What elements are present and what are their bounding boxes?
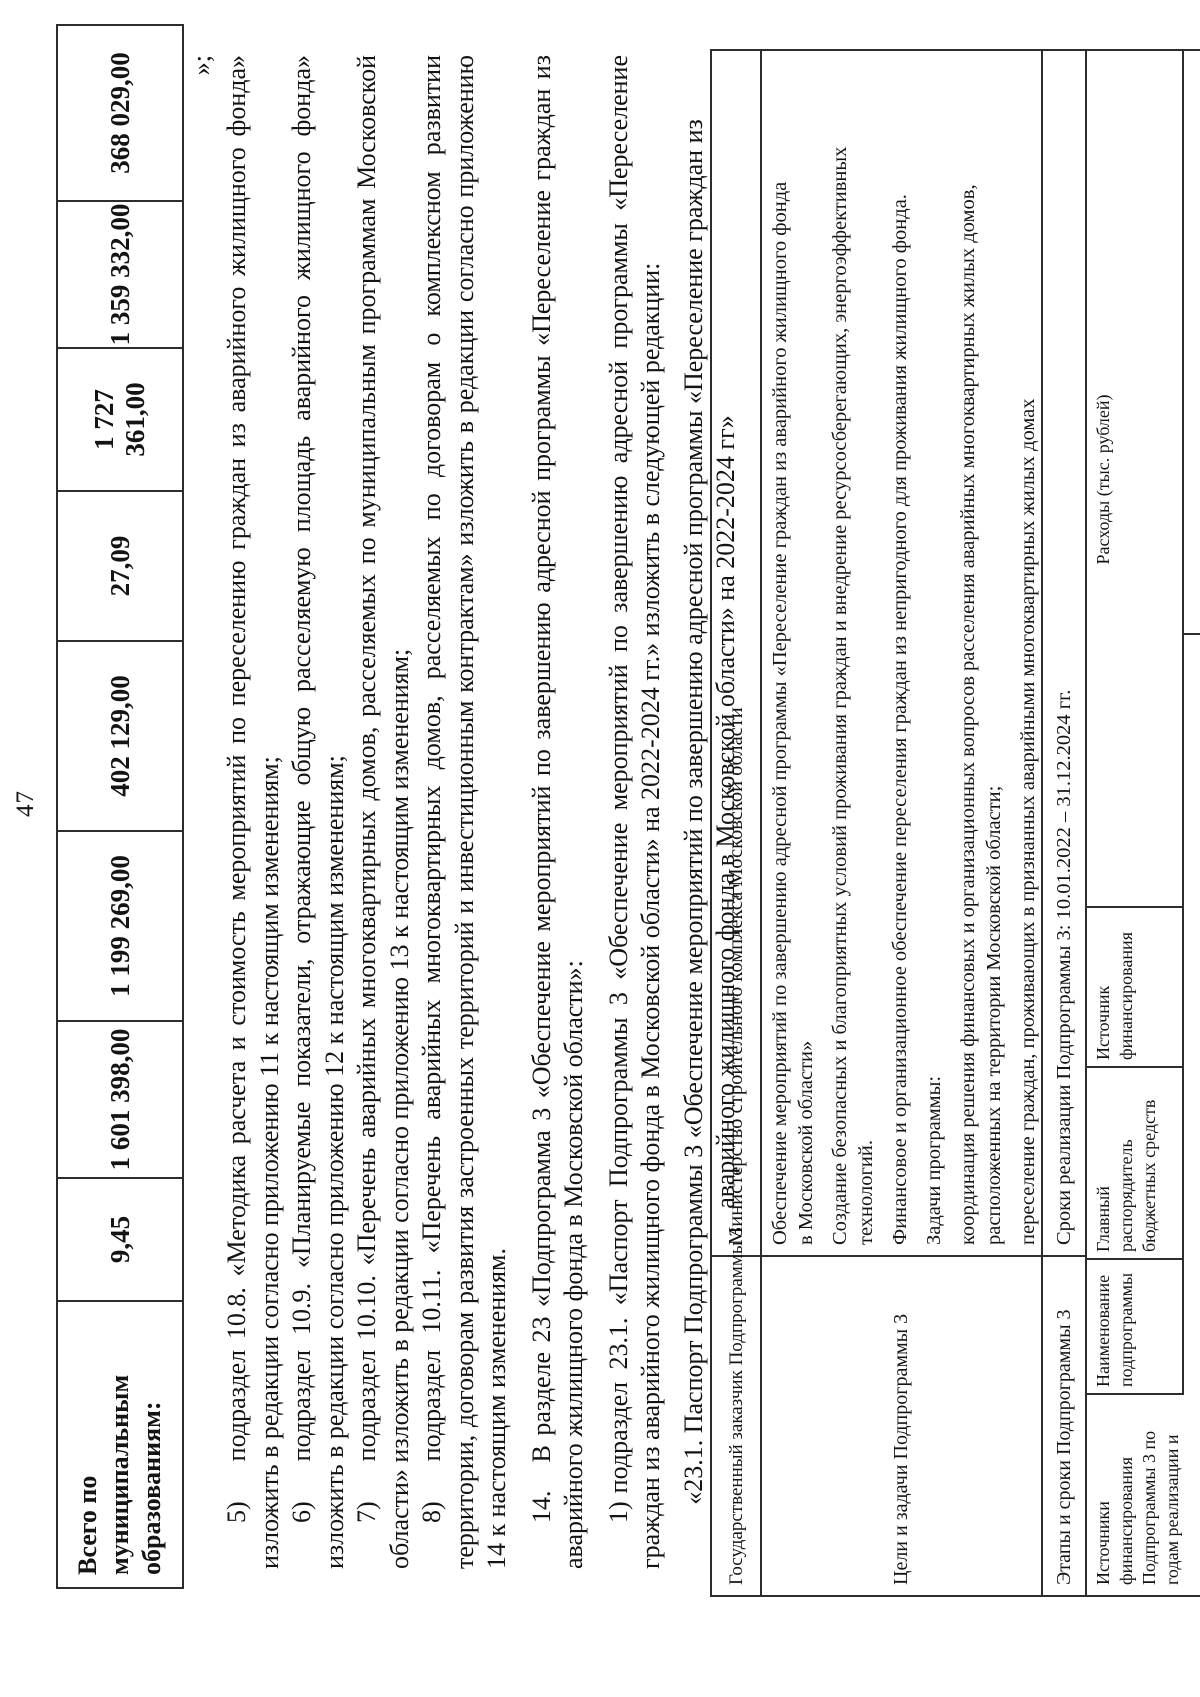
row-label-financing: Источники финансирования Подпрограммы 3 … bbox=[1092, 1395, 1184, 1595]
paragraph-7: 7)подраздел 10.10. «Перечень аварийных м… bbox=[351, 55, 416, 1569]
paragraph-marker: 14. bbox=[527, 1491, 556, 1524]
totals-table-row: Всего по муниципальным образованиям: 9,4… bbox=[56, 24, 184, 1589]
goal-item: Финансовое и организационное обеспечение… bbox=[887, 61, 913, 1245]
paragraph-text: подраздел 10.9. «Планируемые показатели,… bbox=[287, 55, 349, 1569]
header-bottom-border bbox=[1182, 51, 1184, 1395]
row-label-goals: Цели и задачи Подпрограммы 3 bbox=[762, 1255, 1041, 1595]
paragraph-text: подраздел 23.1. «Паспорт Подпрограммы 3 … bbox=[604, 55, 666, 1569]
year-column-divider bbox=[1184, 633, 1200, 635]
table-closing-quote: »; bbox=[187, 55, 217, 1697]
row-value-goals: Обеспечение мероприятий по завершению ад… bbox=[762, 51, 1041, 1255]
table-row-customer: Государственный заказчик Подпрограммы 3 … bbox=[712, 51, 762, 1595]
paragraph-14: 14.В разделе 23 «Подпрограмма 3 «Обеспеч… bbox=[526, 55, 591, 1569]
table-row-goals: Цели и задачи Подпрограммы 3 Обеспечение… bbox=[762, 51, 1043, 1595]
paragraph-marker: 1) bbox=[604, 1501, 633, 1523]
table-row-stages: Этапы и сроки Подпрограммы 3 Сроки реали… bbox=[1043, 51, 1087, 1595]
goal-item: в Московской области» bbox=[793, 61, 819, 1245]
paragraph-marker: 5) bbox=[222, 1501, 251, 1523]
column-header-funding-source: Источник финансирования bbox=[1092, 908, 1138, 1068]
column-header-expenses: Расходы (тыс. рублей) bbox=[1092, 51, 1115, 908]
paragraph-marker: 8) bbox=[417, 1501, 446, 1523]
paragraph-6: 6)подраздел 10.9. «Планируемые показател… bbox=[286, 55, 351, 1569]
paragraph-5: 5)подраздел 10.8. «Методика расчета и ст… bbox=[221, 55, 286, 1569]
page-number: 47 bbox=[12, 790, 40, 817]
paragraph-23-1: 1)подраздел 23.1. «Паспорт Подпрограммы … bbox=[603, 55, 668, 1569]
row-label-customer: Государственный заказчик Подпрограммы 3 bbox=[712, 1255, 760, 1595]
totals-value-cell: 9,45 bbox=[58, 1179, 182, 1302]
totals-label-cell: Всего по муниципальным образованиям: bbox=[58, 1302, 182, 1587]
totals-value-cell: 27,09 bbox=[58, 492, 182, 642]
paragraph-text: подраздел 10.10. «Перечень аварийных мно… bbox=[352, 55, 414, 1569]
totals-value-cell: 402 129,00 bbox=[58, 642, 182, 832]
totals-value-cell: 1 601 398,00 bbox=[58, 1022, 182, 1179]
table-row-financing: Источники финансирования Подпрограммы 3 … bbox=[1087, 51, 1200, 1595]
goal-item: координация решения финансовых и организ… bbox=[955, 61, 1007, 1245]
row-value-stages: Сроки реализации Подпрограммы 3: 10.01.2… bbox=[1043, 51, 1085, 1255]
paragraph-text: подраздел 10.11. «Перечень аварийных мно… bbox=[417, 55, 511, 1569]
paragraph-marker: 7) bbox=[352, 1501, 381, 1523]
scanned-document-page: 47 Всего по муниципальным образованиям: … bbox=[0, 0, 1200, 1697]
column-header-subprogram-name: Наименование подпрограммы bbox=[1092, 1260, 1138, 1395]
goal-item: Создание безопасных и благоприятных усло… bbox=[827, 61, 879, 1245]
column-header-budget-manager: Главный распорядитель бюджетных средств bbox=[1092, 1068, 1161, 1260]
paragraph-marker: 6) bbox=[287, 1501, 316, 1523]
paragraph-text: В разделе 23 «Подпрограмма 3 «Обеспечени… bbox=[527, 55, 589, 1569]
totals-value-cell: 1 727 361,00 bbox=[58, 349, 182, 492]
totals-value-cell: 368 029,00 bbox=[58, 26, 182, 202]
amendment-paragraphs: 5)подраздел 10.8. «Методика расчета и ст… bbox=[221, 55, 743, 1569]
goal-item: Обеспечение мероприятий по завершению ад… bbox=[767, 61, 793, 1245]
totals-value-cell: 1 359 332,00 bbox=[58, 202, 182, 349]
paragraph-8: 8)подраздел 10.11. «Перечень аварийных м… bbox=[416, 55, 514, 1569]
paragraph-text: подраздел 10.8. «Методика расчета и стои… bbox=[222, 55, 284, 1569]
goal-item: переселение граждан, проживающих в призн… bbox=[1015, 61, 1041, 1245]
row-label-stages: Этапы и сроки Подпрограммы 3 bbox=[1043, 1255, 1085, 1595]
passport-table: Государственный заказчик Подпрограммы 3 … bbox=[710, 49, 1200, 1597]
rotated-landscape-sheet: 47 Всего по муниципальным образованиям: … bbox=[0, 0, 1200, 1697]
totals-value-cell: 1 199 269,00 bbox=[58, 832, 182, 1022]
row-value-customer: Министерство строительного комплекса Мос… bbox=[712, 51, 760, 1255]
goal-item: Задачи программы: bbox=[921, 61, 947, 1245]
